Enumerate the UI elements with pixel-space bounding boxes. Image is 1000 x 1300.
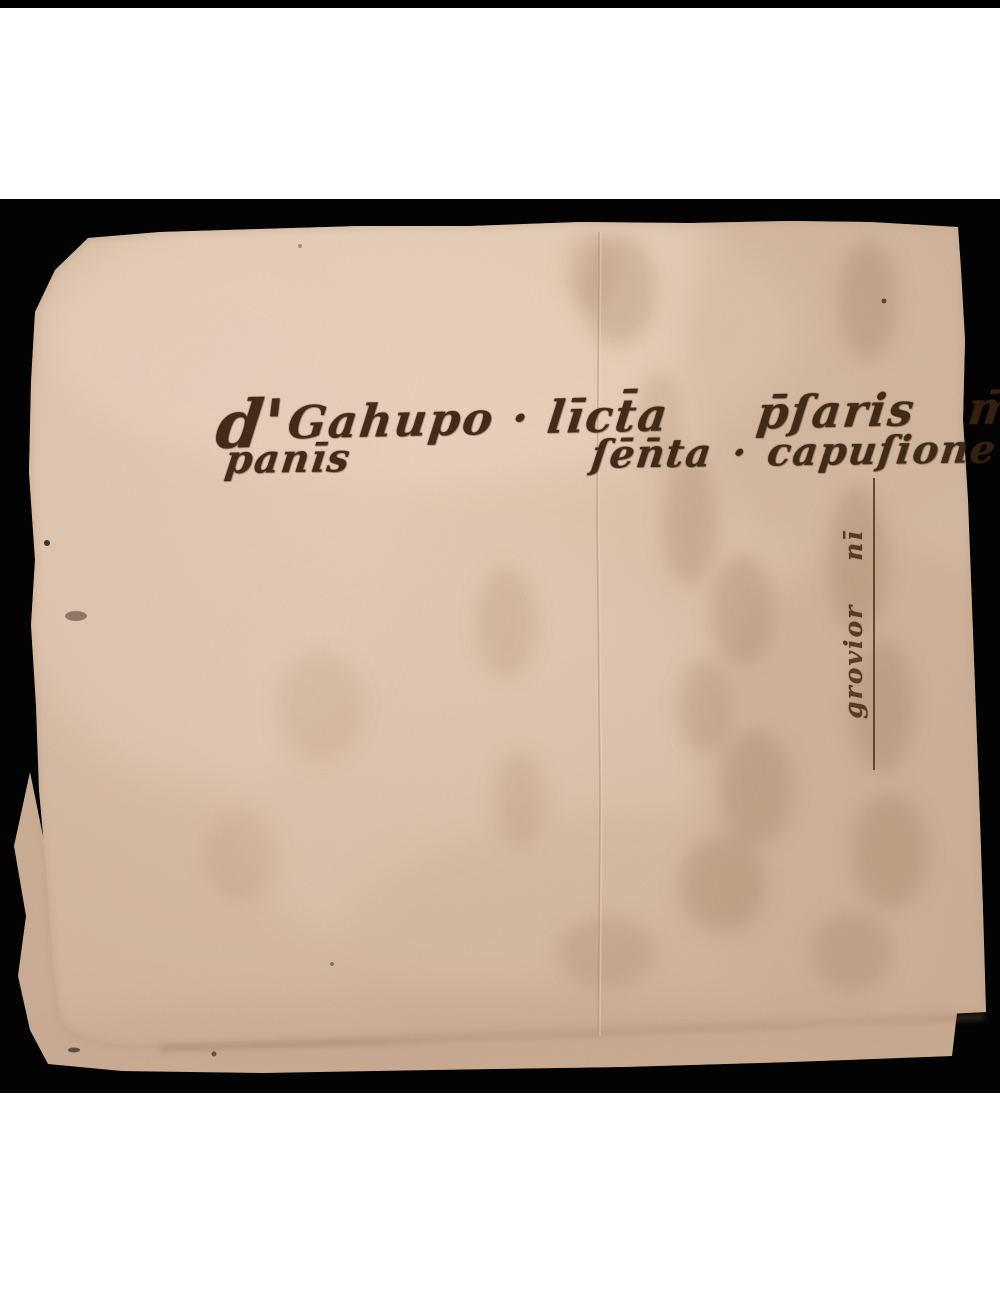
vertical-docket-annotation: grovior nī (824, 478, 890, 770)
top-black-strip (0, 0, 1000, 8)
catalog-page-background: d'Gahupo · līct̄a p̄ſaris m̄ panīs ſēn̄t… (0, 0, 1000, 1300)
vertical-docket-text: grovior nī (839, 478, 875, 770)
manuscript-line-2-text: panīs ſēn̄ta · capuſione · ſō · (223, 424, 1000, 483)
